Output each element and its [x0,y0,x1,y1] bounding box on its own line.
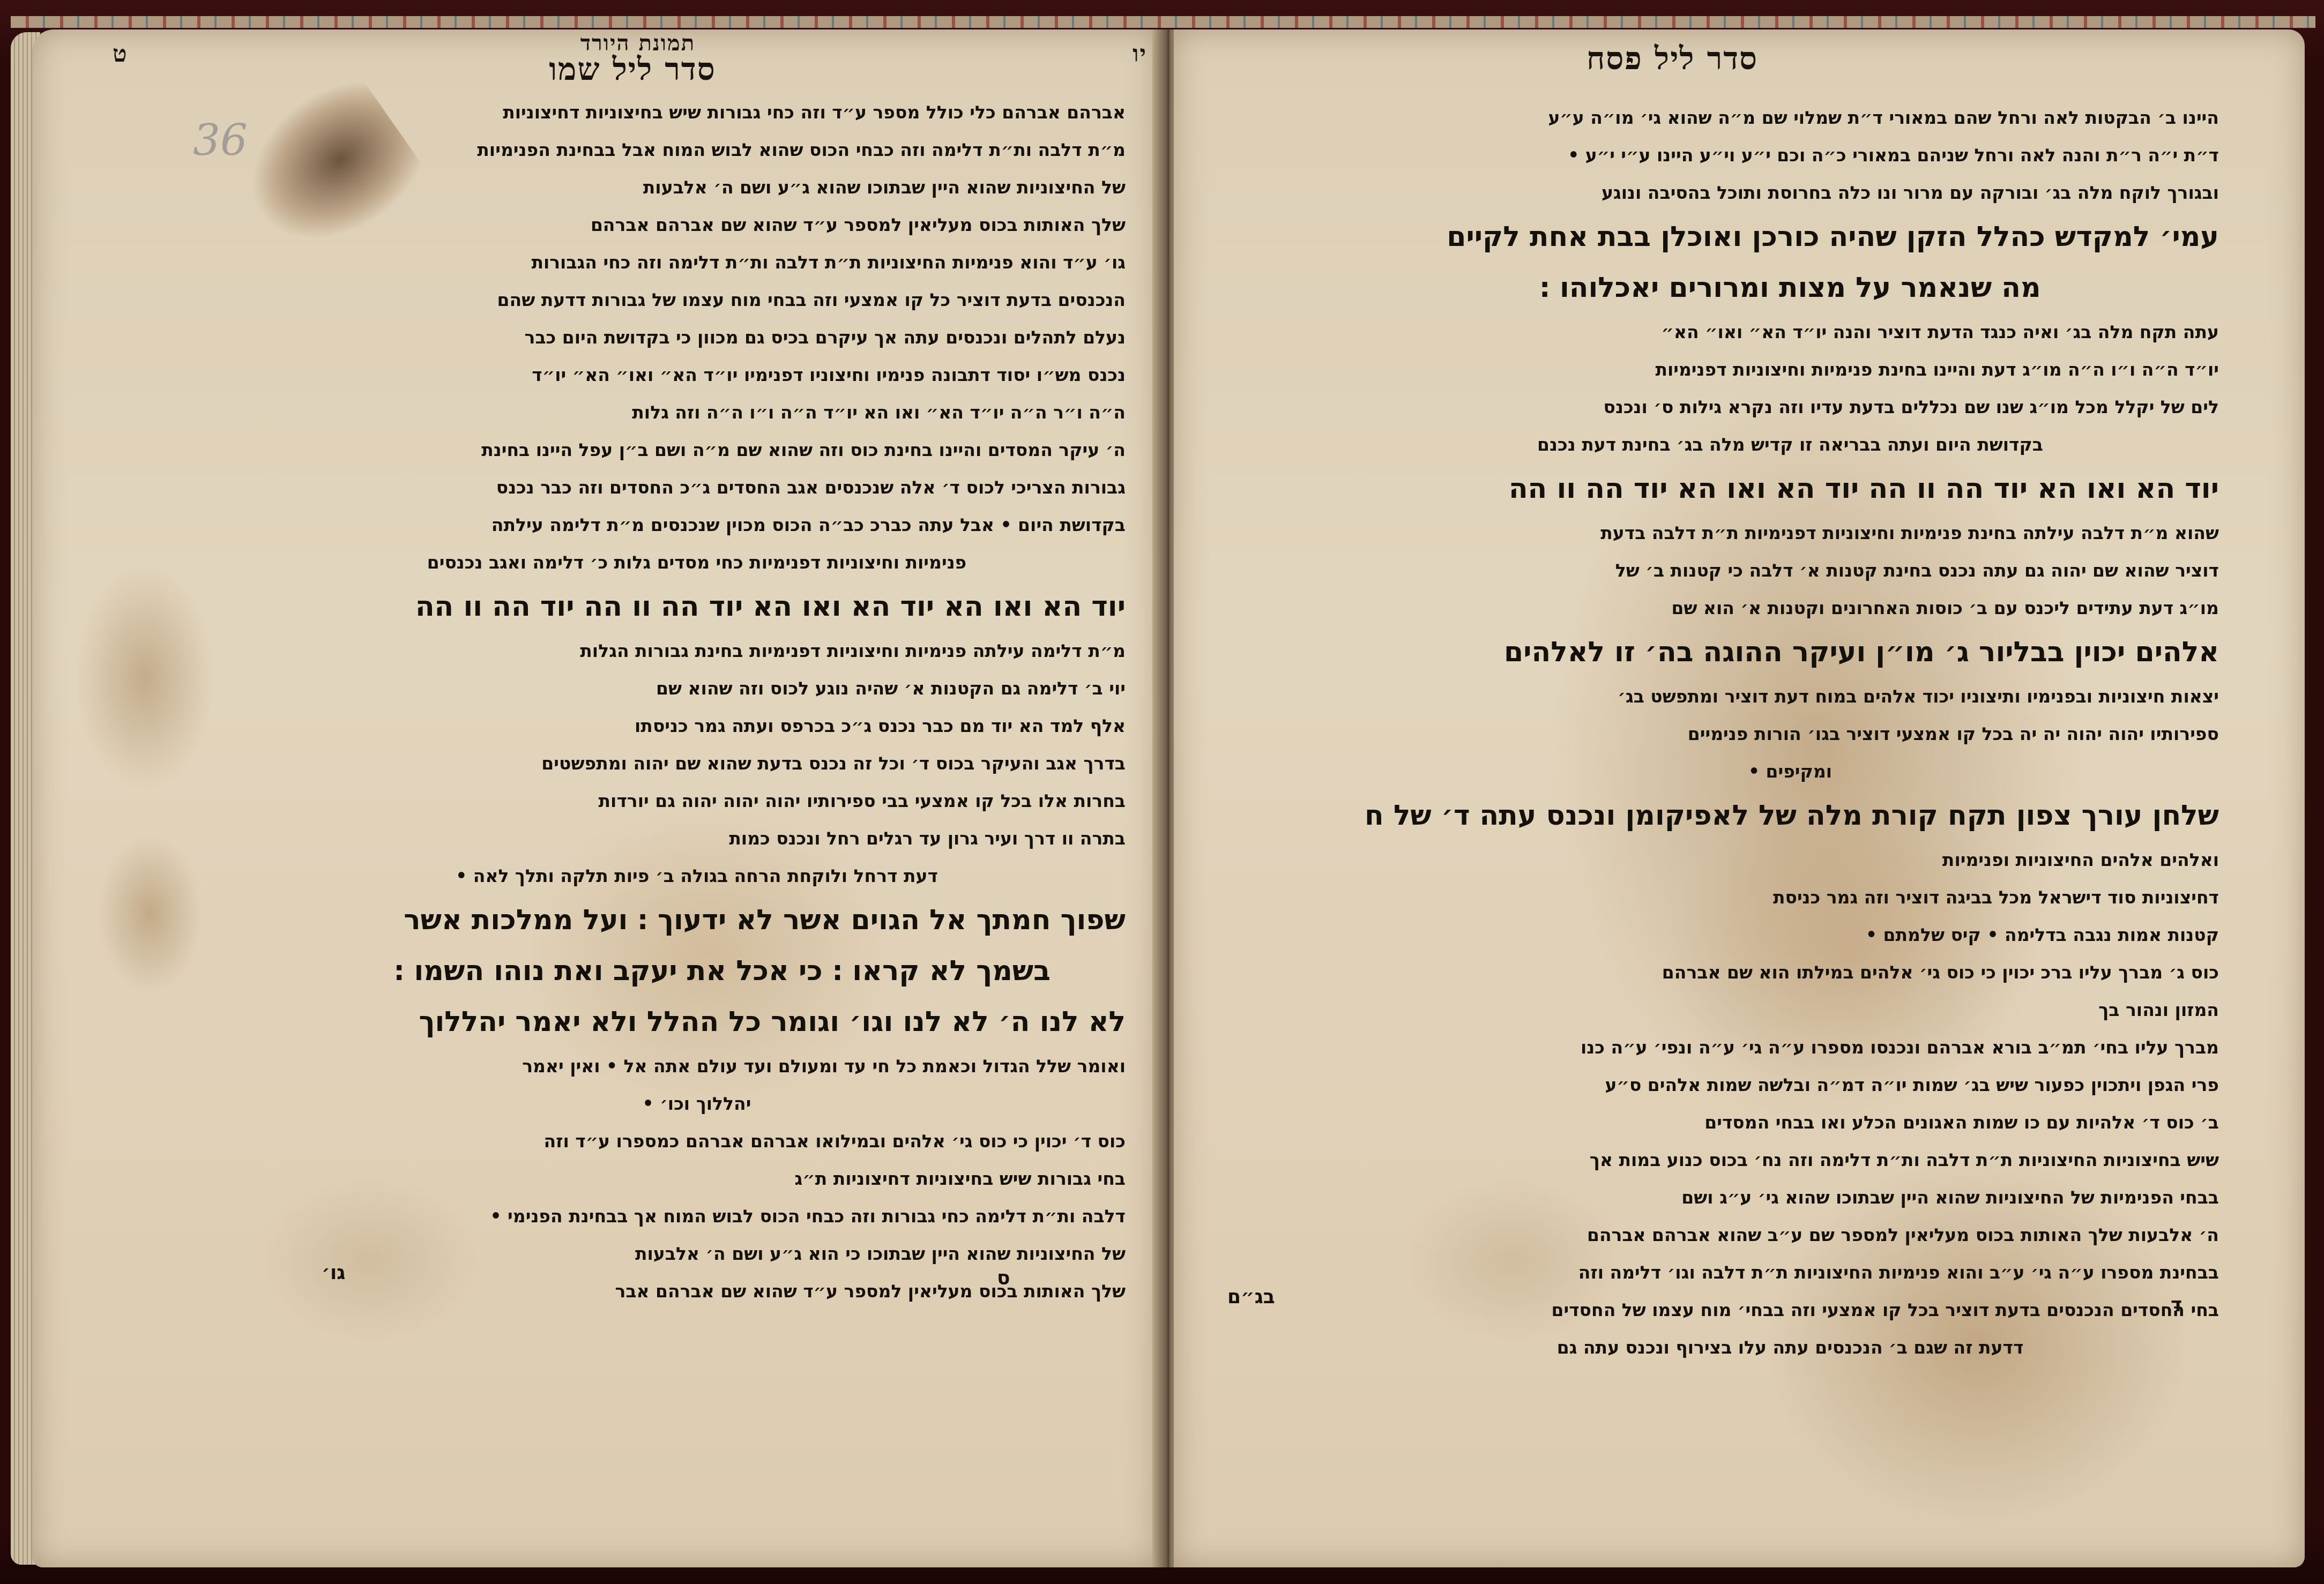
text-line: יוי ב׳ דלימה גם הקטנות א׳ שהיה נוגע לכוס… [268,670,1126,707]
text-line: פרי הגפן ויתכוין כפעור שיש בג׳ שמות יו״ה… [1361,1066,2219,1104]
text-line: קטנות אמות נגבה בדלימה • קיס שלמתם • [1361,916,2219,954]
text-line: מ״ת דלבה ות״ת דלימה וזה כבחי הכוס שהוא ל… [268,131,1126,169]
text-line: יצאות חיצוניות ובפנימיו ותיצוניו יכוד אל… [1361,678,2219,715]
text-line: ואלהים אלהים החיצוניות ופנימיות [1361,841,2219,879]
text-line: בדרך אגב והעיקר בכוס ד׳ וכל זה נכנס בדעת… [268,745,1126,782]
text-line: בתרה וו דרך ועיר גרון עד רגלים רחל ונכנס… [268,820,1126,857]
text-line: לא לנו ה׳ לא לנו וגו׳ וגומר כל ההלל ולא … [268,997,1126,1048]
text-line: ובגורך לוקח מלה בג׳ ובורקה עם מרור ונו כ… [1361,174,2219,212]
page-title: סדר ליל שמו [418,51,847,87]
signature-mark: ד [2171,1294,2182,1316]
page-number: יו [1133,40,1147,68]
text-line: דחיצוניות סוד דישראל מכל בביגה דוציר וזה… [1361,879,2219,916]
text-line: דוציר שהוא שם יהוה גם עתה נכנס בחינת קטנ… [1361,552,2219,589]
text-line: שלחן עורך צפון תקח קורת מלה של לאפיקומן … [1361,790,2219,841]
text-line: מברך עליו בחי׳ תמ״ב בורא אברהם ונכנסו מס… [1361,1029,2219,1066]
text-line: אלהים יכוין בבליור ג׳ מו״ן ועיקר ההוגה ב… [1361,627,2219,678]
text-line: ב׳ כוס ד׳ אלהיות עם כו שמות האגונים הכלע… [1361,1104,2219,1141]
text-line: ומקיפים • [1361,753,2219,790]
text-line: שלך האותות בכוס מעליאין למספר ע״ד שהוא ש… [268,206,1126,244]
text-line: ה׳ אלבעות שלך האותות בכוס מעליאין למספר … [1361,1216,2219,1254]
text-line: עתה תקח מלה בג׳ ואיה כנגד הדעת דוציר והנ… [1361,313,2219,351]
text-line: גבורות הצריכי לכוס ד׳ אלה שנכנסים אגב הח… [268,469,1126,506]
text-line: בשמך לא קראו ׃ כי אכל את יעקב ואת נוהו ה… [268,946,1126,997]
text-line: דלבה ות״ת דלימה כחי גבורות וזה כבחי הכוס… [268,1198,1126,1235]
left-page: 36 תמונת היורד סדר ליל שמו יו ט אברהם אב… [32,29,1158,1567]
text-line: המזון ונהור בך [1361,991,2219,1029]
right-page: סדר ליל פסח היינו ב׳ הבקטות לאה ורחל שהם… [1174,29,2305,1567]
text-line: מ״ת דלימה עילתה פנימיות וחיצוניות דפנימי… [268,632,1126,670]
page-edges-top [11,16,2315,28]
text-line: יו״ד ה״ה ו״ו ה״ה מו״ג דעת והיינו בחינת פ… [1361,351,2219,388]
text-line: דעת דרחל ולוקחת הרחה בגולה ב׳ פיות תלקה … [268,857,1126,895]
text-line: מה שנאמר על מצות ומרורים יאכלוהו ׃ [1361,263,2219,313]
water-stain [96,833,204,994]
text-line: ואומר שלל הגדול וכאמת כל חי עד ומעולם וע… [268,1048,1126,1085]
right-text-block: היינו ב׳ הבקטות לאה ורחל שהם במאורי ד״ת … [1361,99,2219,1366]
footer-mark: גו׳ [322,1262,345,1284]
text-line: ה״ה ו״ר ה״ה יו״ד הא״ ואו הא יו״ד ה״ה ו״ו… [268,394,1126,431]
text-line: יוד הא ואו הא יוד הה וו הה יוד הא ואו הא… [1361,464,2219,514]
text-line: נכנס מש״ו יסוד דתבונה פנימיו וחיצוניו דפ… [268,356,1126,394]
text-line: יוד הא ואו הא יוד הא ואו הא יוד הה וו הה… [268,581,1126,632]
text-line: ד״ת י״ה ר״ת והנה לאה ורחל שניהם במאורי כ… [1361,137,2219,174]
catchword: ס [997,1267,1010,1289]
text-line: היינו ב׳ הבקטות לאה ורחל שהם במאורי ד״ת … [1361,99,2219,137]
page-mark: ט [113,40,128,68]
text-line: בחי החסדים הנכנסים בדעת דוציר בכל קו אמצ… [1361,1291,2219,1329]
text-line: דדעת זה שגם ב׳ הנכנסים עתה עלו בצירוף ונ… [1361,1329,2219,1366]
text-line: שהוא מ״ת דלבה עילתה בחינת פנימיות וחיצונ… [1361,514,2219,552]
text-line: בחי גבורות שיש בחיצוניות דחיצוניות ת״ג [268,1160,1126,1198]
text-line: אברהם אברהם כלי כולל מספר ע״ד וזה כחי גב… [268,94,1126,131]
water-stain [75,565,214,790]
text-line: ספירותיו יהוה יהוה יה יה בכל קו אמצעי דו… [1361,715,2219,753]
text-line: אלף למד הא יוד מם כבר נכנס ג״כ בכרפס ועת… [268,707,1126,745]
text-line: שפוך חמתך אל הגוים אשר לא ידעוך ׃ ועל ממ… [268,895,1126,946]
text-line: כוס ד׳ יכוין כי כוס גי׳ אלהים ובמילואו א… [268,1123,1126,1160]
text-line: ה׳ עיקר המסדים והיינו בחינת כוס וזה שהוא… [268,431,1126,469]
text-line: מו״ג דעת עתידים ליכנס עם ב׳ כוסות האחרונ… [1361,589,2219,627]
text-line: בקדושת היום • אבל עתה כברכ כב״ה הכוס מכו… [268,506,1126,544]
text-line: גו׳ ע״ד והוא פנימיות החיצוניות ת״ת דלבה … [268,244,1126,281]
text-line: עמי׳ למקדש כהלל הזקן שהיה כורכן ואוכלן ב… [1361,212,2219,263]
text-line: שיש בחיצוניות החיצוניות ת״ת דלבה ות״ת דל… [1361,1141,2219,1179]
catchword: בג״ם [1227,1286,1275,1308]
text-line: בחרות אלו בכל קו אמצעי בבי ספירותיו יהוה… [268,782,1126,820]
text-line: בבחינת מספרו ע״ה גי׳ ע״ב והוא פנימיות הח… [1361,1254,2219,1291]
text-line: של החיצוניות שהוא היין שבתוכו שהוא ג״ע ו… [268,169,1126,206]
text-line: בבחי הפנימיות של החיצוניות שהוא היין שבת… [1361,1179,2219,1216]
text-line: לים של יקלל מכל מו״ג שנו שם נכללים בדעת … [1361,388,2219,426]
text-line: בקדושת היום ועתה בבריאה זו קדיש מלה בג׳ … [1361,426,2219,464]
text-line: הנכנסים בדעת דוציר כל קו אמצעי וזה בבחי … [268,281,1126,319]
pencil-note: 36 [193,115,248,165]
text-line: פנימיות וחיצוניות דפנימיות כחי מסדים גלו… [268,544,1126,581]
text-line: כוס ג׳ מברך עליו ברכ יכוין כי כוס גי׳ אל… [1361,954,2219,991]
left-text-block: אברהם אברהם כלי כולל מספר ע״ד וזה כחי גב… [268,94,1126,1310]
page-title: סדר ליל פסח [1511,40,1833,77]
text-line: נעלם לתהלים ונכנסים עתה אך עיקרם בכיס גם… [268,319,1126,356]
text-line: יהללוך וכו׳ • [268,1085,1126,1123]
